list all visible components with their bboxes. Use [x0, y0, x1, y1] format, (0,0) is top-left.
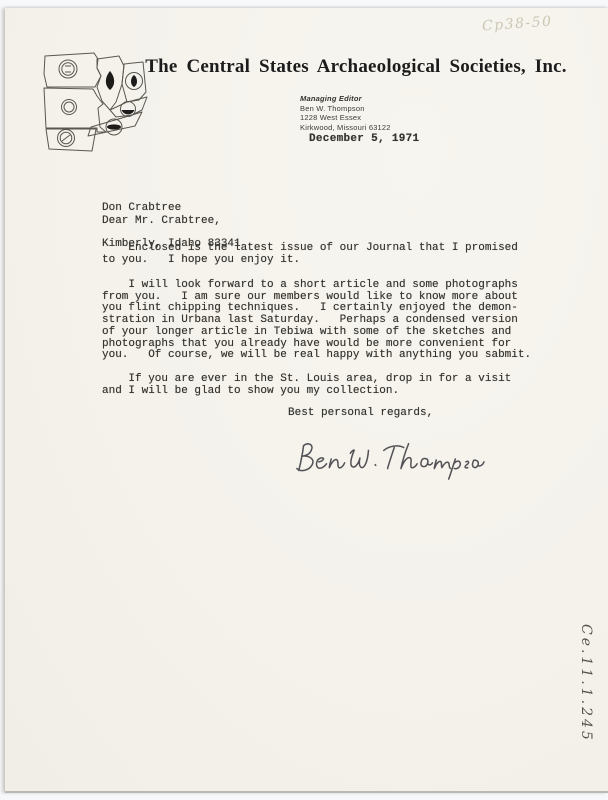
recipient-name: Don Crabtree	[102, 203, 241, 215]
editor-name: Ben W. Thompson	[300, 104, 391, 114]
letter-paper: Cp38-50	[5, 8, 608, 793]
body-paragraph-3: If you are ever in the St. Louis area, d…	[102, 374, 511, 397]
letter-date: December 5, 1971	[309, 134, 419, 146]
body-paragraph-2: I will look forward to a short article a…	[102, 280, 531, 362]
signature-ben-w-thompson	[290, 438, 488, 480]
pencil-catalog-code: Cp38-50	[482, 14, 553, 35]
body-paragraph-1: Enclosed is the latest issue of our Jour…	[102, 243, 518, 266]
editor-street: 1228 West Essex	[300, 113, 391, 123]
organization-name: The Central States Archaeological Societ…	[117, 56, 595, 78]
closing-line: Best personal regards,	[288, 408, 433, 420]
handwritten-accession-number: Ce.11.1.245	[578, 624, 594, 743]
salutation: Dear Mr. Crabtree,	[102, 216, 221, 228]
illinois-arrowhead	[106, 71, 114, 90]
editor-address-block: Managing Editor Ben W. Thompson 1228 Wes…	[300, 94, 391, 133]
kentucky-seal-mark	[122, 110, 135, 114]
tennessee-seal-mark	[107, 124, 121, 129]
state-iowa	[44, 53, 101, 87]
scanned-letter: Cp38-50	[0, 0, 608, 800]
editor-city: Kirkwood, Missouri 63122	[300, 123, 391, 133]
editor-title: Managing Editor	[300, 94, 391, 104]
